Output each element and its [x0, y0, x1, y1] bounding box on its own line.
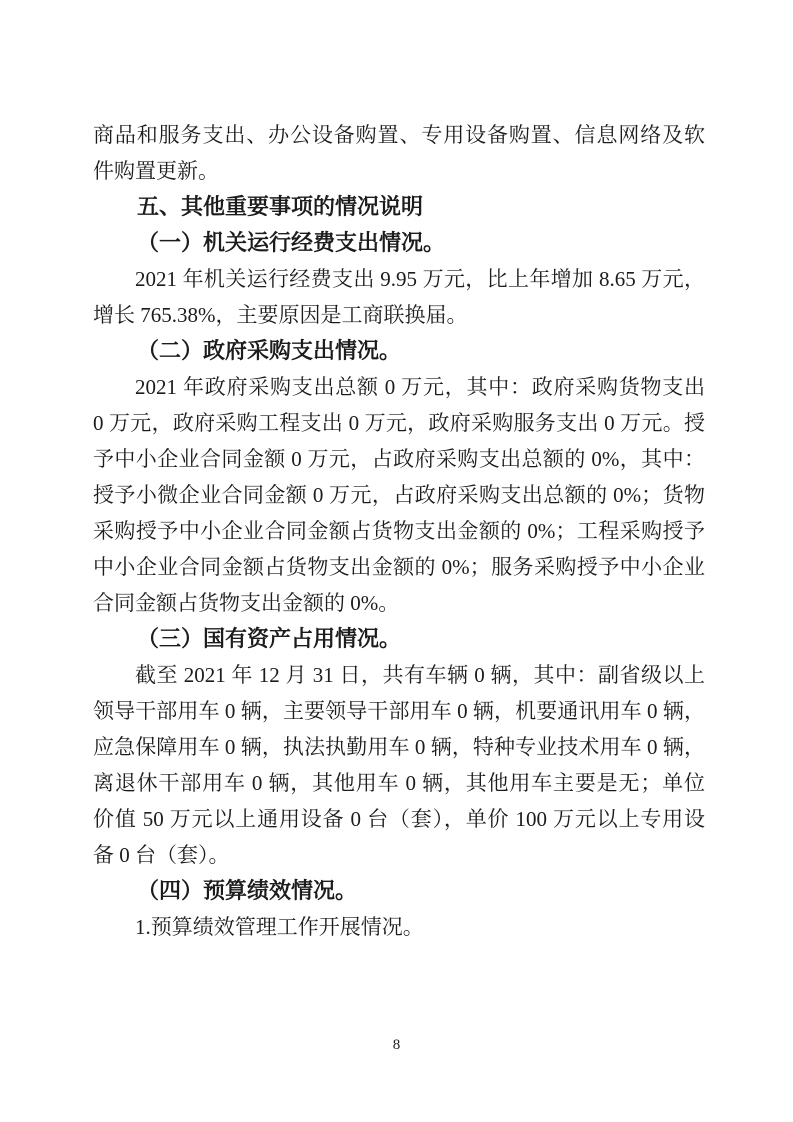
subheading-1-agency-operating-expenses: （一）机关运行经费支出情况。 — [93, 225, 705, 261]
paragraph-line: 2021 年机关运行经费支出 9.95 万元，比上年增加 8.65 万元， — [93, 261, 705, 297]
subheading-2-government-procurement: （二）政府采购支出情况。 — [93, 333, 705, 369]
paragraph-line: 授予小微企业合同金额 0 万元，占政府采购支出总额的 0%；货物 — [93, 477, 705, 513]
subheading-4-budget-performance: （四）预算绩效情况。 — [93, 873, 705, 909]
paragraph-line: 价值 50 万元以上通用设备 0 台（套），单价 100 万元以上专用设 — [93, 801, 705, 837]
paragraph-line: 予中小企业合同金额 0 万元，占政府采购支出总额的 0%，其中： — [93, 441, 705, 477]
document-page: 商品和服务支出、办公设备购置、专用设备购置、信息网络及软 件购置更新。 五、其他… — [0, 0, 793, 1122]
page-number: 8 — [0, 1034, 793, 1056]
paragraph-line: 应急保障用车 0 辆，执法执勤用车 0 辆，特种专业技术用车 0 辆， — [93, 729, 705, 765]
paragraph-line: 0 万元，政府采购工程支出 0 万元，政府采购服务支出 0 万元。授 — [93, 405, 705, 441]
paragraph-line: 商品和服务支出、办公设备购置、专用设备购置、信息网络及软 — [93, 117, 705, 153]
paragraph-line: 2021 年政府采购支出总额 0 万元，其中：政府采购货物支出 — [93, 369, 705, 405]
heading-section-five: 五、其他重要事项的情况说明 — [93, 189, 705, 225]
paragraph-line: 领导干部用车 0 辆，主要领导干部用车 0 辆，机要通讯用车 0 辆， — [93, 693, 705, 729]
paragraph-line: 中小企业合同金额占货物支出金额的 0%；服务采购授予中小企业 — [93, 549, 705, 585]
subheading-3-state-owned-assets: （三）国有资产占用情况。 — [93, 621, 705, 657]
paragraph-line: 合同金额占货物支出金额的 0%。 — [93, 585, 705, 621]
paragraph-line: 离退休干部用车 0 辆，其他用车 0 辆，其他用车主要是无；单位 — [93, 765, 705, 801]
paragraph-line: 增长 765.38%，主要原因是工商联换届。 — [93, 297, 705, 333]
document-body: 商品和服务支出、办公设备购置、专用设备购置、信息网络及软 件购置更新。 五、其他… — [93, 117, 705, 945]
paragraph-line: 备 0 台（套）。 — [93, 837, 705, 873]
paragraph-line: 1.预算绩效管理工作开展情况。 — [93, 909, 705, 945]
paragraph-line: 采购授予中小企业合同金额占货物支出金额的 0%；工程采购授予 — [93, 513, 705, 549]
paragraph-line: 截至 2021 年 12 月 31 日，共有车辆 0 辆，其中：副省级以上 — [93, 657, 705, 693]
paragraph-line: 件购置更新。 — [93, 153, 705, 189]
